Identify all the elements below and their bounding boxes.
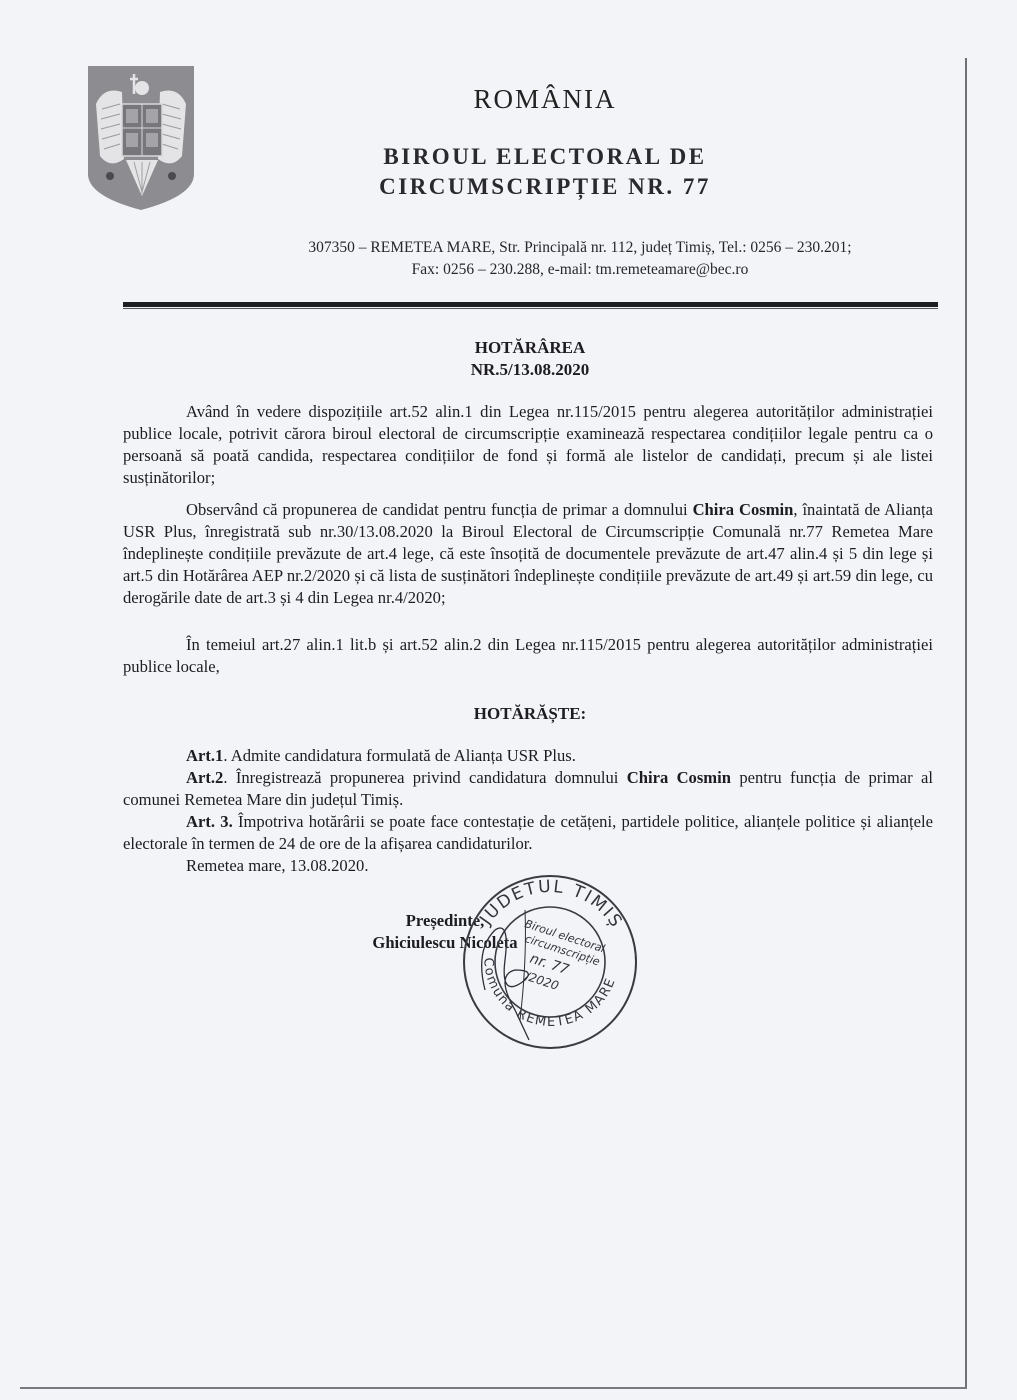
office-name: BIROUL ELECTORAL DE CIRCUMSCRIPȚIE NR. 7…: [300, 142, 790, 202]
preamble-text-2-start: Observând că propunerea de candidat pent…: [186, 500, 693, 519]
article-label: Art.2: [186, 768, 223, 787]
preamble-paragraph-1: Având în vedere dispozițiile art.52 alin…: [123, 401, 933, 489]
decides-heading: HOTĂRĂȘTE:: [300, 704, 760, 724]
svg-text:JUDETUL TIMIȘ: JUDETUL TIMIȘ: [475, 877, 626, 933]
office-name-line2: CIRCUMSCRIPȚIE NR. 77: [300, 172, 790, 202]
romania-coat-of-arms-icon: [86, 64, 196, 212]
address-line: 307350 – REMETEA MARE, Str. Principală n…: [200, 237, 960, 259]
article-label: Art. 3.: [186, 812, 233, 831]
article-1: Art.1. Admite candidatura formulată de A…: [123, 745, 933, 767]
country-name: ROMÂNIA: [300, 84, 790, 115]
article-text: . Admite candidatura formulată de Alianț…: [223, 746, 576, 765]
header-divider: [123, 302, 938, 307]
page-frame-bottom: [20, 1387, 967, 1389]
office-name-line1: BIROUL ELECTORAL DE: [300, 142, 790, 172]
article-2: Art.2. Înregistrează propunerea privind …: [123, 767, 933, 811]
page-frame-right: [965, 58, 967, 1389]
article-label: Art.1: [186, 746, 223, 765]
fax-email-line: Fax: 0256 – 230.288, e-mail: tm.remeteam…: [200, 259, 960, 281]
preamble-text-3: În temeiul art.27 alin.1 lit.b și art.52…: [123, 634, 933, 678]
preamble-paragraph-2: Observând că propunerea de candidat pent…: [123, 499, 933, 609]
article-3: Art. 3. Împotriva hotărârii se poate fac…: [123, 811, 933, 855]
preamble-paragraph-3: În temeiul art.27 alin.1 lit.b și art.52…: [123, 634, 933, 678]
article-text: . Înregistrează propunerea privind candi…: [223, 768, 626, 787]
header-divider-thin: [123, 308, 938, 309]
official-stamp-icon: JUDETUL TIMIȘ Comuna REMETEA MARE Biroul…: [455, 870, 645, 1060]
candidate-name: Chira Cosmin: [693, 500, 794, 519]
preamble-text-1: Având în vedere dispozițiile art.52 alin…: [123, 401, 933, 489]
article-text: Împotriva hotărârii se poate face contes…: [123, 812, 933, 853]
preamble-text-2: Observând că propunerea de candidat pent…: [123, 499, 933, 609]
stamp-county: JUDETUL TIMIȘ: [475, 877, 626, 933]
articles: Art.1. Admite candidatura formulată de A…: [123, 745, 933, 877]
decision-number: NR.5/13.08.2020: [300, 359, 760, 381]
candidate-name: Chira Cosmin: [627, 768, 731, 787]
decision-title: HOTĂRÂREA NR.5/13.08.2020: [300, 337, 760, 381]
decision-heading: HOTĂRÂREA: [300, 337, 760, 359]
contact-address: 307350 – REMETEA MARE, Str. Principală n…: [200, 237, 960, 281]
